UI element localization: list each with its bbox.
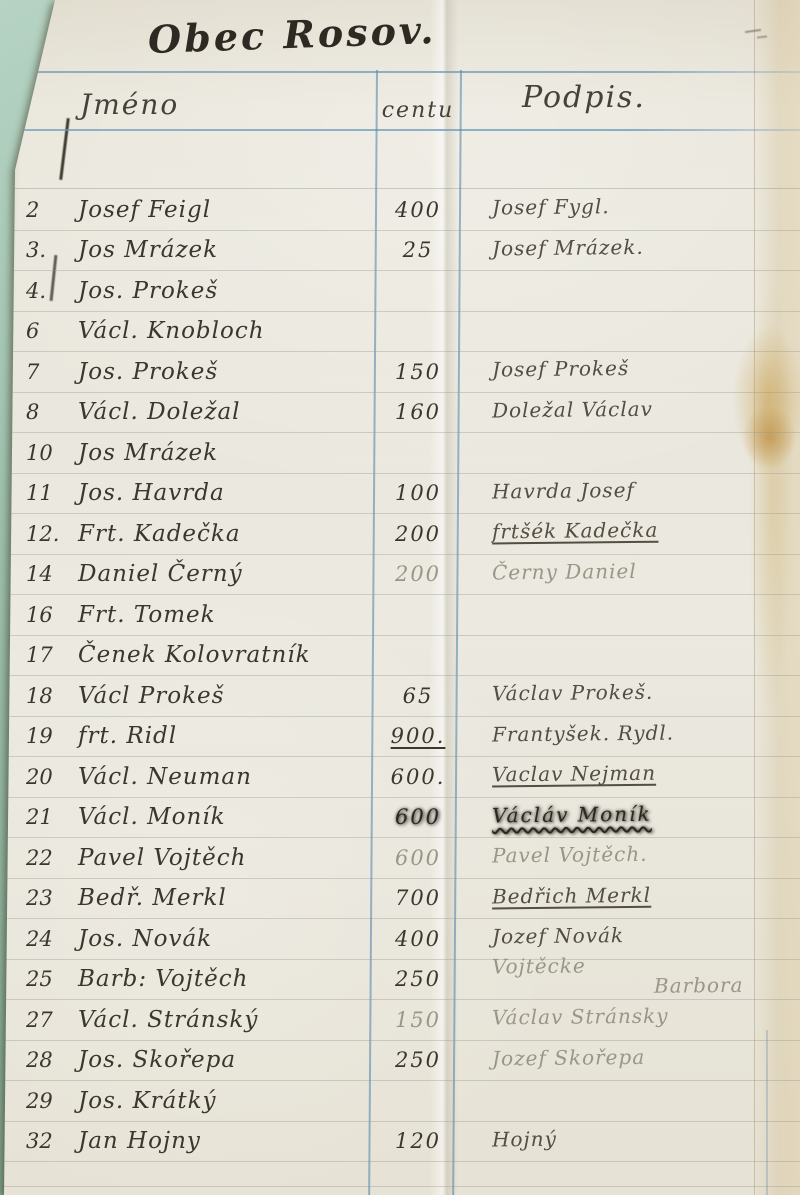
table-row: 14Daniel Černý200Černy Daniel [0, 555, 800, 596]
table-rule-label [0, 188, 800, 189]
house-number-cell: 22 [0, 846, 68, 870]
house-number-cell: 4. [0, 279, 68, 303]
name-cell: Čenek Kolovratník [68, 642, 376, 668]
house-number-cell: 11 [0, 481, 68, 505]
amount-cell: 150 [376, 1008, 460, 1032]
signature-cell: Bedřich Merkl [460, 883, 800, 908]
amount-cell: 700 [376, 886, 460, 910]
table-row: 24Jos. Novák400Jozef Novák [0, 919, 800, 960]
signature-cell: Josef Prokeš [460, 356, 800, 381]
signature-cell [460, 650, 800, 654]
signature-cell: Václáv Moník [460, 802, 800, 827]
signature-cell: Václav Stránsky [460, 1004, 800, 1029]
house-number-cell: 6 [0, 319, 68, 343]
table-row: 12.Frt. Kadečka200frtšék Kadečka [0, 514, 800, 555]
table-row: 17Čenek Kolovratník [0, 636, 800, 677]
house-number-cell: 27 [0, 1008, 68, 1032]
amount-cell: 65 [376, 684, 460, 708]
house-number-cell: 12. [0, 522, 68, 546]
scanned-ledger-page: Obec Rosov. Jméno centu Podpis. čís. dom… [0, 0, 800, 1195]
name-cell: Václ. Neuman [68, 764, 376, 790]
house-number-cell: 3. [0, 238, 68, 262]
house-number-cell: 7 [0, 360, 68, 384]
house-number-cell: 25 [0, 967, 68, 991]
table-rule-top [0, 71, 800, 73]
name-cell: Václ Prokeš [68, 683, 376, 709]
name-cell: Frt. Tomek [68, 602, 376, 628]
house-number-cell: 17 [0, 643, 68, 667]
house-number-cell: 29 [0, 1089, 68, 1113]
table-row: 3.Jos Mrázek25Josef Mrázek. [0, 231, 800, 272]
signature-cell [460, 448, 800, 452]
table-row: 19frt. Ridl900.Frantyšek. Rydl. [0, 717, 800, 758]
name-cell: Jos Mrázek [68, 440, 376, 466]
table-row: 6Václ. Knobloch [0, 312, 800, 353]
name-cell: Jos. Havrda [68, 480, 376, 506]
name-cell: Václ. Knobloch [68, 318, 376, 344]
name-cell: frt. Ridl [68, 723, 376, 749]
table-row: 22Pavel Vojtěch600Pavel Vojtěch. [0, 838, 800, 879]
signature-cell: Jozef Skořepa [460, 1045, 800, 1070]
column-header-signature: Podpis. [522, 80, 646, 115]
house-number-cell: 2 [0, 198, 68, 222]
amount-cell: 200 [376, 562, 460, 586]
signature-cell: frtšék Kadečka [460, 518, 800, 543]
table-rule-bottom [0, 1186, 800, 1187]
signature-cell: Pavel Vojtěch. [460, 842, 800, 867]
amount-cell: 600. [376, 765, 460, 789]
table-row: 10Jos Mrázek [0, 433, 800, 474]
name-cell: Václ. Stránský [68, 1007, 376, 1033]
table-row: 25Barb: Vojtěch250Vojtěcke Barbora [0, 960, 800, 1001]
amount-cell: 120 [376, 1129, 460, 1153]
amount-cell: 400 [376, 198, 460, 222]
signature-cell: Václav Prokeš. [460, 680, 800, 705]
amount-cell: 250 [376, 967, 460, 991]
table-row: 29Jos. Krátký [0, 1081, 800, 1122]
name-cell: Daniel Černý [68, 561, 376, 587]
signature-cell [460, 286, 800, 290]
table-row: 20Václ. Neuman600.Vaclav Nejman [0, 757, 800, 798]
name-cell: Jos. Novák [68, 926, 376, 952]
paper-surface: Obec Rosov. Jméno centu Podpis. čís. dom… [0, 0, 800, 1195]
name-cell: Jan Hojny [68, 1128, 376, 1154]
signature-cell: Josef Mrázek. [460, 235, 800, 260]
table-row: 11Jos. Havrda100Havrda Josef [0, 474, 800, 515]
house-number-cell: 8 [0, 400, 68, 424]
amount-cell: 600 [376, 805, 460, 829]
signature-cell: Havrda Josef [460, 478, 800, 503]
column-header-name: Jméno [80, 88, 179, 121]
amount-cell: 25 [376, 238, 460, 262]
table-row: 18Václ Prokeš65Václav Prokeš. [0, 676, 800, 717]
table-row: 32Jan Hojny120Hojný [0, 1122, 800, 1163]
house-number-cell: 21 [0, 805, 68, 829]
name-cell: Josef Feigl [68, 197, 376, 223]
amount-cell: 600 [376, 846, 460, 870]
table-row: 21Václ. Moník600Václáv Moník [0, 798, 800, 839]
house-number-cell: 18 [0, 684, 68, 708]
table-row: 28Jos. Skořepa250Jozef Skořepa [0, 1041, 800, 1082]
house-number-cell: 23 [0, 886, 68, 910]
amount-cell: 100 [376, 481, 460, 505]
house-number-cell: 28 [0, 1048, 68, 1072]
signature-cell: Vaclav Nejman [460, 761, 800, 786]
ledger-rows: 2Josef Feigl400Josef Fygl.3.Jos Mrázek25… [0, 190, 800, 1162]
amount-cell: 150 [376, 360, 460, 384]
name-cell: Jos. Skořepa [68, 1047, 376, 1073]
signature-cell [460, 326, 800, 330]
name-cell: Frt. Kadečka [68, 521, 376, 547]
name-cell: Jos. Prokeš [68, 278, 376, 304]
house-number-cell: 16 [0, 603, 68, 627]
amount-cell: 900. [376, 724, 460, 748]
page-title: Obec Rosov. [147, 7, 437, 62]
table-row: 2Josef Feigl400Josef Fygl. [0, 190, 800, 231]
signature-cell: Hojný [460, 1126, 800, 1151]
house-number-cell: 24 [0, 927, 68, 951]
signature-cell: Doležal Václav [460, 397, 800, 422]
table-row: 23Bedř. Merkl700Bedřich Merkl [0, 879, 800, 920]
table-row: 8Václ. Doležal160Doležal Václav [0, 393, 800, 434]
amount-cell: 400 [376, 927, 460, 951]
signature-cell: Frantyšek. Rydl. [460, 721, 800, 746]
table-row: 27Václ. Stránský150Václav Stránsky [0, 1000, 800, 1041]
house-number-cell: 20 [0, 765, 68, 789]
column-header-amount: centu [376, 98, 460, 123]
table-row: 16Frt. Tomek [0, 595, 800, 636]
house-number-cell: 19 [0, 724, 68, 748]
signature-cell: Vojtěcke Barbora [460, 953, 800, 999]
name-cell: Barb: Vojtěch [68, 966, 376, 992]
signature-cell [460, 1096, 800, 1100]
paper-sheet: Obec Rosov. Jméno centu Podpis. čís. dom… [0, 0, 800, 1195]
name-cell: Václ. Moník [68, 804, 376, 830]
amount-cell: 160 [376, 400, 460, 424]
signature-cell [460, 610, 800, 614]
house-number-cell: 32 [0, 1129, 68, 1153]
amount-cell: 200 [376, 522, 460, 546]
name-cell: Jos. Krátký [68, 1088, 376, 1114]
house-number-cell: 14 [0, 562, 68, 586]
signature-cell: Černy Daniel [460, 559, 800, 584]
table-row: 4.Jos. Prokeš [0, 271, 800, 312]
signature-cell: Josef Fygl. [460, 194, 800, 219]
table-rule-header [0, 129, 800, 131]
house-number-cell: 10 [0, 441, 68, 465]
name-cell: Jos Mrázek [68, 237, 376, 263]
name-cell: Pavel Vojtěch [68, 845, 376, 871]
signature-cell: Jozef Novák [460, 923, 800, 948]
name-cell: Jos. Prokeš [68, 359, 376, 385]
amount-cell: 250 [376, 1048, 460, 1072]
name-cell: Václ. Doležal [68, 399, 376, 425]
name-cell: Bedř. Merkl [68, 885, 376, 911]
table-row: 7Jos. Prokeš150Josef Prokeš [0, 352, 800, 393]
paper-edge-mark [59, 118, 70, 180]
